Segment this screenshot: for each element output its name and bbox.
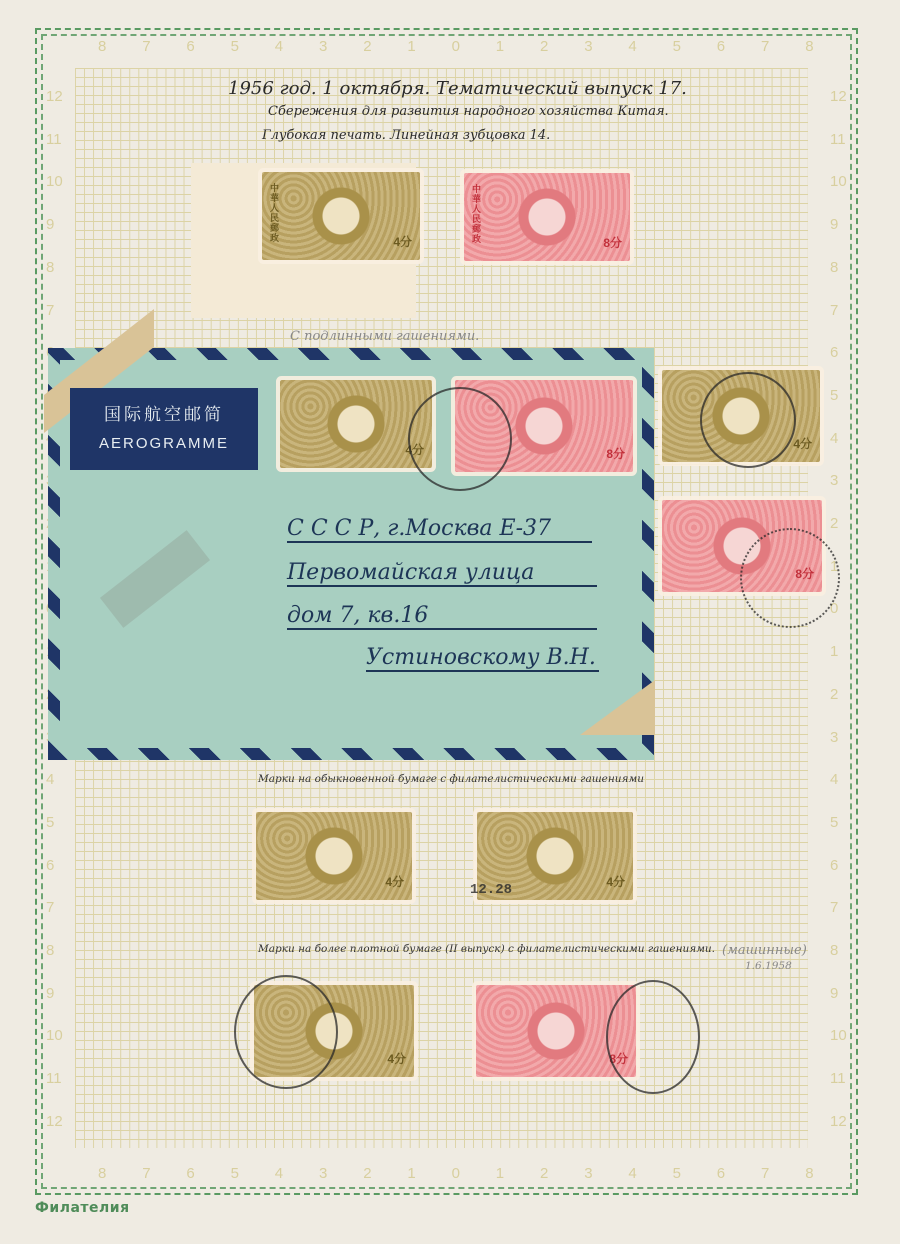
scale-tick-label: 0 [452, 1165, 460, 1182]
scale-tick-label: 5 [830, 387, 838, 404]
scale-tick-label: 8 [98, 1165, 106, 1182]
scale-tick-label: 3 [830, 472, 838, 489]
scale-tick-label: 8 [805, 38, 813, 55]
postmark [700, 372, 796, 468]
scale-tick-label: 7 [761, 38, 769, 55]
scale-tick-label: 7 [46, 302, 54, 319]
scale-tick-label: 6 [186, 38, 194, 55]
scale-tick-label: 3 [319, 38, 327, 55]
scale-tick-label: 3 [830, 729, 838, 746]
scale-tick-label: 4 [830, 771, 838, 788]
scale-tick-label: 4 [628, 1165, 636, 1182]
postmark [408, 387, 512, 491]
scale-tick-label: 8 [830, 259, 838, 276]
scale-tick-label: 1 [830, 643, 838, 660]
scale-tick-label: 0 [452, 38, 460, 55]
stamp-country-text: 中華人民郵政 [472, 185, 483, 245]
scale-tick-label: 5 [673, 38, 681, 55]
scale-tick-label: 9 [46, 985, 54, 1002]
scale-tick-label: 10 [46, 173, 63, 190]
scale-tick-label: 6 [830, 857, 838, 874]
stamp-denomination: 4分 [793, 435, 812, 452]
scale-tick-label: 12 [830, 88, 847, 105]
stamp-denomination: 4分 [385, 873, 404, 890]
scale-tick-label: 2 [830, 515, 838, 532]
scale-tick-label: 2 [363, 1165, 371, 1182]
scale-tick-label: 6 [717, 38, 725, 55]
scale-tick-label: 11 [830, 1070, 846, 1087]
scale-tick-label: 4 [46, 771, 54, 788]
publisher-footer: Филателия [35, 1200, 130, 1216]
address-line-3: дом 7, кв.16 [287, 603, 597, 630]
postmark [234, 975, 338, 1089]
scale-tick-label: 7 [142, 38, 150, 55]
scale-tick-label: 1 [496, 38, 504, 55]
scale-tick-label: 9 [46, 216, 54, 233]
stamp-mint-8f[interactable]: 中華人民郵政 8分 [464, 173, 630, 261]
scale-tick-label: 5 [830, 814, 838, 831]
scale-tick-label: 9 [830, 216, 838, 233]
scale-tick-label: 11 [46, 131, 62, 148]
scale-tick-label: 7 [830, 302, 838, 319]
print-details: Глубокая печать. Линейная зубцовка 14. [262, 128, 550, 143]
scale-tick-label: 4 [275, 1165, 283, 1182]
stamp-denomination: 8分 [603, 234, 622, 251]
scale-tick-label: 1 [496, 1165, 504, 1182]
thick-paper-caption: Марки на более плотной бумаге (II выпуск… [258, 943, 715, 955]
scale-tick-label: 4 [275, 38, 283, 55]
scale-tick-label: 8 [46, 942, 54, 959]
address-line-1: С С С Р, г.Москва Е-37 [287, 516, 592, 543]
scale-tick-label: 1 [407, 1165, 415, 1182]
scale-tick-label: 11 [830, 131, 846, 148]
scale-tick-label: 2 [540, 1165, 548, 1182]
scale-tick-label: 4 [830, 430, 838, 447]
scale-tick-label: 2 [830, 686, 838, 703]
thick-paper-date: 1.6.1958 [745, 960, 792, 972]
scale-tick-label: 6 [830, 344, 838, 361]
aerogramme-label-cn: 国际航空邮简 [70, 400, 258, 425]
scale-tick-label: 2 [363, 38, 371, 55]
scale-tick-label: 3 [319, 1165, 327, 1182]
scale-tick-label: 1 [407, 38, 415, 55]
used-caption: С подлинными гашениями. [290, 329, 479, 344]
issue-date-title: 1956 год. 1 октября. Тематический выпуск… [228, 78, 687, 99]
stamp-denomination: 4分 [606, 873, 625, 890]
scale-tick-label: 5 [231, 38, 239, 55]
stamp-denomination: 8分 [606, 445, 625, 462]
scale-tick-label: 8 [98, 38, 106, 55]
scale-tick-label: 12 [46, 88, 63, 105]
scale-tick-label: 4 [628, 38, 636, 55]
scale-tick-label: 6 [46, 857, 54, 874]
aerogramme-label-en: AEROGRAMME [70, 435, 258, 452]
issue-subject: Сбережения для развития народного хозяйс… [268, 104, 669, 119]
scale-tick-label: 5 [231, 1165, 239, 1182]
scale-tick-label: 11 [46, 1070, 62, 1087]
ordinary-paper-caption: Марки на обыкновенной бумаге с филателис… [258, 773, 644, 785]
postmark-text: 12.28 [470, 882, 512, 898]
scale-tick-label: 9 [830, 985, 838, 1002]
aerogramme-label: 国际航空邮简 AEROGRAMME [70, 388, 258, 470]
scale-tick-label: 7 [830, 899, 838, 916]
scale-tick-label: 7 [46, 899, 54, 916]
address-line-4: Устиновскому В.Н. [366, 645, 599, 672]
address-line-2: Первомайская улица [287, 560, 597, 587]
thick-paper-note: (машинные) [722, 943, 807, 958]
scale-tick-label: 6 [186, 1165, 194, 1182]
scale-tick-label: 8 [805, 1165, 813, 1182]
stamp-mint-4f[interactable]: 中華人民郵政 4分 [262, 172, 420, 260]
scale-tick-label: 7 [142, 1165, 150, 1182]
stamp-denomination: 4分 [393, 233, 412, 250]
scale-tick-label: 6 [717, 1165, 725, 1182]
scale-tick-label: 8 [46, 259, 54, 276]
scale-tick-label: 5 [673, 1165, 681, 1182]
postmark [740, 528, 840, 628]
scale-tick-label: 12 [46, 1113, 63, 1130]
scale-tick-label: 8 [830, 942, 838, 959]
scale-tick-label: 10 [830, 1027, 847, 1044]
ordinary-stamp-4f-1[interactable]: 4分 [256, 812, 412, 900]
scale-tick-label: 3 [584, 1165, 592, 1182]
scale-tick-label: 5 [46, 814, 54, 831]
scale-tick-label: 7 [761, 1165, 769, 1182]
postmark [606, 980, 700, 1094]
scale-tick-label: 2 [540, 38, 548, 55]
stamp-country-text: 中華人民郵政 [270, 184, 281, 244]
scale-tick-label: 12 [830, 1113, 847, 1130]
scale-tick-label: 10 [830, 173, 847, 190]
stamp-denomination: 4分 [387, 1050, 406, 1067]
scale-tick-label: 3 [584, 38, 592, 55]
scale-tick-label: 10 [46, 1027, 63, 1044]
